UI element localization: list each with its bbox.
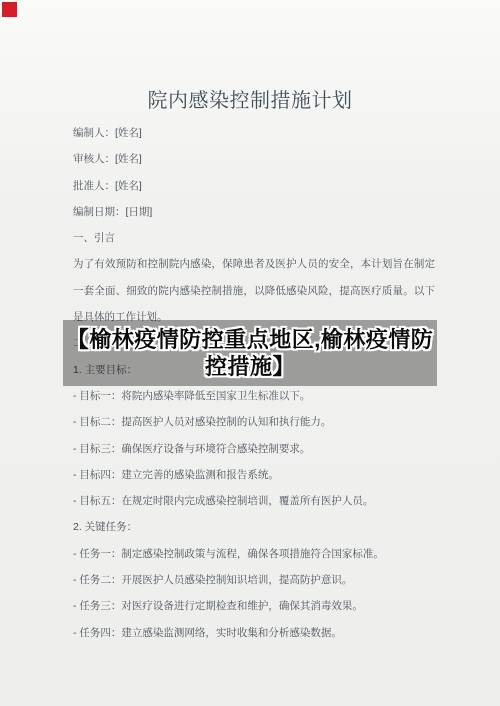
- task-item-3: - 任务三：对医疗设备进行定期检查和维护，确保其消毒效果。: [73, 593, 435, 619]
- watermark-text-line-1: 【榆林疫情防控重点地区,榆林疫情防: [67, 326, 434, 353]
- watermark-overlay-band: 【榆林疫情防控重点地区,榆林疫情防 控措施】: [63, 320, 437, 386]
- goal-item-5: - 目标五：在规定时限内完成感染控制培训，覆盖所有医护人员。: [73, 488, 435, 514]
- meta-line-date: 编制日期：[日期]: [73, 199, 435, 225]
- goal-item-3: - 目标三：确保医疗设备与环境符合感染控制要求。: [73, 436, 435, 462]
- goal-item-4: - 目标四：建立完善的感染监测和报告系统。: [73, 462, 435, 488]
- meta-line-author: 编制人：[姓名]: [73, 120, 435, 146]
- meta-line-approver: 批准人：[姓名]: [73, 173, 435, 199]
- meta-line-reviewer: 审核人：[姓名]: [73, 146, 435, 172]
- red-corner-marker: [2, 2, 17, 17]
- watermark-text-line-2: 控措施】: [205, 353, 295, 380]
- goal-item-2: - 目标二：提高医护人员对感染控制的认知和执行能力。: [73, 409, 435, 435]
- goal-item-1: - 目标一：将院内感染率降低至国家卫生标准以下。: [73, 383, 435, 409]
- task-item-2: - 任务二：开展医护人员感染控制知识培训，提高防护意识。: [73, 567, 435, 593]
- intro-paragraph-line-2: 一套全面、细致的院内感染控制措施，以降低感染风险，提高医疗质量。以下: [73, 278, 435, 304]
- intro-paragraph-line-1: 为了有效预防和控制院内感染，保障患者及医护人员的安全，本计划旨在制定: [73, 251, 435, 277]
- task-item-1: - 任务一：制定感染控制政策与流程，确保各项措施符合国家标准。: [73, 541, 435, 567]
- subheading-key-tasks: 2. 关键任务：: [73, 514, 435, 540]
- heading-introduction: 一、引言: [73, 225, 435, 251]
- task-item-4: - 任务四：建立感染监测网络，实时收集和分析感染数据。: [73, 620, 435, 646]
- document-title: 院内感染控制措施计划: [0, 84, 500, 113]
- document-page: 院内感染控制措施计划 编制人：[姓名] 审核人：[姓名] 批准人：[姓名] 编制…: [0, 0, 500, 706]
